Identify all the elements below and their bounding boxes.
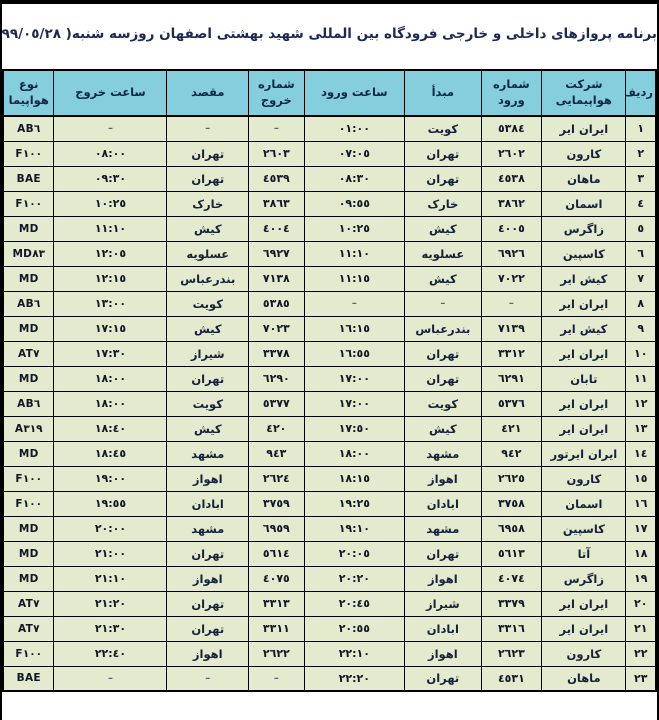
cell-arrival_time: ٠٨:٣٠	[304, 166, 405, 191]
cell-arrival_time: ٢٠:٠٥	[304, 541, 405, 566]
cell-arrival_time: –	[304, 291, 405, 316]
cell-arrival_time: ١٧:٥٠	[304, 416, 405, 441]
cell-row: ٦	[626, 241, 656, 266]
cell-departure_no: ٣٨٦٣	[249, 191, 305, 216]
table-row: ١٥کارون٢٦٢٥اهواز١٨:١٥٢٦٢٤اهواز١٩:٠٠F١٠٠	[3, 466, 656, 491]
cell-airline: ماهان	[542, 666, 626, 691]
cell-airline: تابان	[542, 366, 626, 391]
cell-departure_no: ٢٦٠٣	[249, 141, 305, 166]
table-row: ١١تابان٦٢٩١تهران١٧:٠٠٦٢٩٠تهران١٨:٠٠MD	[3, 366, 656, 391]
table-row: ١٠ایران ایر٣٣١٢تهران١٦:٥٥٣٣٧٨شیراز١٧:٣٠A…	[3, 341, 656, 366]
cell-departure_no: ٤٢٠	[249, 416, 305, 441]
cell-departure_no: –	[249, 666, 305, 691]
cell-departure_no: ٦٩٥٩	[249, 516, 305, 541]
cell-row: ١٧	[626, 516, 656, 541]
cell-airline: ایران ایر	[542, 416, 626, 441]
table-row: ٩کیش ایر٧١٣٩بندرعباس١٦:١٥٧٠٢٣کیش١٧:١٥MD	[3, 316, 656, 341]
table-row: ٢٣ماهان٤٥٣١تهران٢٢:٢٠–––BAE	[3, 666, 656, 691]
cell-arrival_time: ٢٢:١٠	[304, 641, 405, 666]
cell-origin: خارک	[405, 191, 481, 216]
cell-destination: اهواز	[167, 641, 249, 666]
flight-schedule-page: برنامه پروازهای داخلی و خارجی فرودگاه بی…	[0, 0, 659, 720]
cell-row: ٧	[626, 266, 656, 291]
cell-arrival_time: ١٧:٠٠	[304, 366, 405, 391]
cell-arrival_time: ٠١:٠٠	[304, 116, 405, 141]
cell-origin: اهواز	[405, 566, 481, 591]
cell-departure_no: ٩٤٣	[249, 441, 305, 466]
cell-aircraft: MD	[3, 541, 54, 566]
table-row: ٧کیش ایر٧٠٢٢کیش١١:١٥٧١٣٨بندرعباس١٢:١٥MD	[3, 266, 656, 291]
cell-arrival_no: ٦٢٩١	[481, 366, 542, 391]
cell-destination: تهران	[167, 366, 249, 391]
cell-airline: کیش ایر	[542, 266, 626, 291]
cell-departure_no: ٤٠٧٥	[249, 566, 305, 591]
cell-arrival_no: ٣٨٦٢	[481, 191, 542, 216]
cell-airline: اسمان	[542, 491, 626, 516]
column-header-row: ردیف	[626, 70, 656, 116]
cell-departure_time: ٢١:٣٠	[54, 616, 167, 641]
cell-aircraft: MD	[3, 366, 54, 391]
cell-departure_no: ٤٠٠٤	[249, 216, 305, 241]
cell-destination: کیش	[167, 316, 249, 341]
cell-arrival_time: ١١:١٠	[304, 241, 405, 266]
cell-aircraft: A٣١٩	[3, 416, 54, 441]
cell-departure_time: ١٨:٠٠	[54, 391, 167, 416]
table-row: ٣ماهان٤٥٣٨تهران٠٨:٣٠٤٥٣٩تهران٠٩:٣٠BAE	[3, 166, 656, 191]
cell-row: ٢٠	[626, 591, 656, 616]
cell-arrival_no: ٧١٣٩	[481, 316, 542, 341]
cell-origin: تهران	[405, 166, 481, 191]
cell-departure_time: ١٠:٢٥	[54, 191, 167, 216]
cell-origin: ابادان	[405, 616, 481, 641]
column-header-aircraft: نوع هواپیما	[3, 70, 54, 116]
column-header-airline: شرکت هواپیمایی	[542, 70, 626, 116]
cell-destination: بندرعباس	[167, 266, 249, 291]
cell-origin: مشهد	[405, 441, 481, 466]
cell-aircraft: F١٠٠	[3, 491, 54, 516]
column-header-destination: مقصد	[167, 70, 249, 116]
cell-airline: ایران ایر	[542, 391, 626, 416]
cell-airline: آتا	[542, 541, 626, 566]
table-body: ١ایران ایر٥٣٨٤کویت٠١:٠٠–––AB٦٢کارون٢٦٠٢ت…	[3, 116, 656, 691]
cell-aircraft: AB٦	[3, 116, 54, 141]
cell-departure_time: ٢٢:٤٠	[54, 641, 167, 666]
cell-row: ١٣	[626, 416, 656, 441]
cell-arrival_time: ٢٠:٥٥	[304, 616, 405, 641]
cell-arrival_time: ٢٠:٤٥	[304, 591, 405, 616]
cell-arrival_time: ١٦:١٥	[304, 316, 405, 341]
cell-row: ١٥	[626, 466, 656, 491]
cell-departure_time: –	[54, 666, 167, 691]
table-row: ١٣ایران ایر٤٢١کیش١٧:٥٠٤٢٠کیش١٨:٤٠A٣١٩	[3, 416, 656, 441]
cell-departure_time: ١٨:٤٥	[54, 441, 167, 466]
flight-schedule-table: ردیفشرکت هواپیماییشماره ورودمبدأساعت ورو…	[2, 69, 657, 692]
table-row: ١٤ایران ایرتور٩٤٢مشهد١٨:٠٠٩٤٣مشهد١٨:٤٥MD	[3, 441, 656, 466]
cell-destination: اهواز	[167, 466, 249, 491]
cell-departure_no: ٥٣٧٧	[249, 391, 305, 416]
cell-row: ١١	[626, 366, 656, 391]
cell-departure_time: ١٨:٠٠	[54, 366, 167, 391]
cell-departure_no: ٣٣١١	[249, 616, 305, 641]
cell-departure_time: ١٧:٣٠	[54, 341, 167, 366]
table-header-row: ردیفشرکت هواپیماییشماره ورودمبدأساعت ورو…	[3, 70, 656, 116]
cell-aircraft: MD	[3, 441, 54, 466]
cell-aircraft: MD	[3, 566, 54, 591]
cell-destination: تهران	[167, 166, 249, 191]
cell-row: ٨	[626, 291, 656, 316]
cell-departure_no: ٦٩٢٧	[249, 241, 305, 266]
cell-arrival_no: ٤٥٣١	[481, 666, 542, 691]
cell-departure_no: ٢٦٢٢	[249, 641, 305, 666]
cell-arrival_no: ٥٣٨٤	[481, 116, 542, 141]
page-title: برنامه پروازهای داخلی و خارجی فرودگاه بی…	[2, 26, 657, 42]
cell-airline: ایران ایر	[542, 616, 626, 641]
column-header-arrival_time: ساعت ورود	[304, 70, 405, 116]
cell-aircraft: MD	[3, 216, 54, 241]
cell-arrival_no: ٣٣٧٩	[481, 591, 542, 616]
cell-arrival_no: ٤٠٧٤	[481, 566, 542, 591]
cell-departure_time: ٠٩:٣٠	[54, 166, 167, 191]
cell-airline: ایران ایر	[542, 591, 626, 616]
cell-arrival_no: ٤٥٣٨	[481, 166, 542, 191]
cell-origin: عسلویه	[405, 241, 481, 266]
cell-arrival_no: ٢٦٢٥	[481, 466, 542, 491]
cell-aircraft: MD	[3, 316, 54, 341]
cell-arrival_no: ٤٢١	[481, 416, 542, 441]
cell-origin: تهران	[405, 666, 481, 691]
cell-airline: ماهان	[542, 166, 626, 191]
cell-aircraft: F١٠٠	[3, 141, 54, 166]
cell-row: ٢١	[626, 616, 656, 641]
cell-origin: تهران	[405, 141, 481, 166]
cell-aircraft: F١٠٠	[3, 191, 54, 216]
cell-destination: مشهد	[167, 441, 249, 466]
cell-airline: کاسپین	[542, 241, 626, 266]
cell-row: ١	[626, 116, 656, 141]
cell-departure_time: –	[54, 116, 167, 141]
cell-arrival_no: ٣٧٥٨	[481, 491, 542, 516]
cell-aircraft: AB٦	[3, 391, 54, 416]
cell-destination: کویت	[167, 391, 249, 416]
cell-departure_time: ١٣:٠٠	[54, 291, 167, 316]
table-row: ٢١ایران ایر٣٣١٦ابادان٢٠:٥٥٣٣١١تهران٢١:٣٠…	[3, 616, 656, 641]
cell-aircraft: AT٧	[3, 591, 54, 616]
cell-destination: تهران	[167, 616, 249, 641]
cell-row: ٣	[626, 166, 656, 191]
cell-airline: کاسپین	[542, 516, 626, 541]
cell-arrival_no: ٢٦٠٢	[481, 141, 542, 166]
cell-arrival_no: ٣٣١٢	[481, 341, 542, 366]
cell-destination: کیش	[167, 216, 249, 241]
cell-arrival_no: ٤٠٠٥	[481, 216, 542, 241]
table-row: ٢کارون٢٦٠٢تهران٠٧:٠٥٢٦٠٣تهران٠٨:٠٠F١٠٠	[3, 141, 656, 166]
cell-aircraft: AT٧	[3, 616, 54, 641]
cell-departure_time: ١١:١٠	[54, 216, 167, 241]
cell-origin: اهواز	[405, 641, 481, 666]
cell-arrival_no: ٩٤٢	[481, 441, 542, 466]
cell-row: ٢٣	[626, 666, 656, 691]
cell-departure_time: ٢١:٠٠	[54, 541, 167, 566]
cell-destination: کویت	[167, 291, 249, 316]
cell-departure_time: ١٢:٠٥	[54, 241, 167, 266]
cell-airline: ایران ایرتور	[542, 441, 626, 466]
cell-row: ٤	[626, 191, 656, 216]
cell-aircraft: AT٧	[3, 341, 54, 366]
cell-departure_no: ٤٥٣٩	[249, 166, 305, 191]
cell-row: ١٠	[626, 341, 656, 366]
cell-departure_time: ٠٨:٠٠	[54, 141, 167, 166]
cell-origin: کیش	[405, 216, 481, 241]
cell-aircraft: MD٨٣	[3, 241, 54, 266]
cell-departure_time: ١٩:٥٥	[54, 491, 167, 516]
cell-row: ١٦	[626, 491, 656, 516]
cell-arrival_time: ٢٢:٢٠	[304, 666, 405, 691]
cell-airline: ایران ایر	[542, 291, 626, 316]
cell-row: ٥	[626, 216, 656, 241]
cell-departure_no: ٧١٣٨	[249, 266, 305, 291]
cell-arrival_time: ١١:١٥	[304, 266, 405, 291]
cell-origin: تهران	[405, 341, 481, 366]
cell-arrival_time: ١٩:٢٥	[304, 491, 405, 516]
cell-airline: کارون	[542, 466, 626, 491]
table-row: ٢٢کارون٢٦٢٣اهواز٢٢:١٠٢٦٢٢اهواز٢٢:٤٠F١٠٠	[3, 641, 656, 666]
cell-departure_time: ١٧:١٥	[54, 316, 167, 341]
cell-airline: ایران ایر	[542, 116, 626, 141]
cell-row: ٢٢	[626, 641, 656, 666]
cell-arrival_no: ٧٠٢٢	[481, 266, 542, 291]
cell-arrival_time: ٢٠:٢٠	[304, 566, 405, 591]
cell-destination: خارک	[167, 191, 249, 216]
cell-arrival_no: ٦٩٥٨	[481, 516, 542, 541]
cell-departure_no: ٥٣٨٥	[249, 291, 305, 316]
cell-origin: تهران	[405, 541, 481, 566]
cell-row: ١٩	[626, 566, 656, 591]
cell-arrival_time: ٠٧:٠٥	[304, 141, 405, 166]
cell-arrival_time: ١٨:٠٠	[304, 441, 405, 466]
cell-origin: تهران	[405, 366, 481, 391]
table-row: ١٦اسمان٣٧٥٨ابادان١٩:٢٥٣٧٥٩ابادان١٩:٥٥F١٠…	[3, 491, 656, 516]
cell-origin: اهواز	[405, 466, 481, 491]
cell-arrival_time: ١٠:٢٥	[304, 216, 405, 241]
cell-departure_no: –	[249, 116, 305, 141]
cell-row: ٢	[626, 141, 656, 166]
cell-departure_no: ٥٦١٤	[249, 541, 305, 566]
cell-row: ١٢	[626, 391, 656, 416]
cell-arrival_time: ٠٩:٥٥	[304, 191, 405, 216]
cell-arrival_time: ١٧:٠٠	[304, 391, 405, 416]
cell-destination: –	[167, 666, 249, 691]
cell-departure_time: ٢١:١٠	[54, 566, 167, 591]
cell-departure_no: ٣٧٥٩	[249, 491, 305, 516]
table-row: ٨ایران ایر–––٥٣٨٥کویت١٣:٠٠AB٦	[3, 291, 656, 316]
cell-destination: ابادان	[167, 491, 249, 516]
cell-origin: کیش	[405, 266, 481, 291]
table-row: ٦کاسپین٦٩٢٦عسلویه١١:١٠٦٩٢٧عسلویه١٢:٠٥MD٨…	[3, 241, 656, 266]
cell-row: ١٤	[626, 441, 656, 466]
cell-origin: مشهد	[405, 516, 481, 541]
table-row: ١٨آتا٥٦١٣تهران٢٠:٠٥٥٦١٤تهران٢١:٠٠MD	[3, 541, 656, 566]
cell-destination: عسلویه	[167, 241, 249, 266]
table-row: ١٩زاگرس٤٠٧٤اهواز٢٠:٢٠٤٠٧٥اهواز٢١:١٠MD	[3, 566, 656, 591]
cell-departure_no: ٦٢٩٠	[249, 366, 305, 391]
cell-aircraft: AB٦	[3, 291, 54, 316]
column-header-departure_time: ساعت خروج	[54, 70, 167, 116]
cell-origin: کیش	[405, 416, 481, 441]
cell-destination: اهواز	[167, 566, 249, 591]
table-row: ١٧کاسپین٦٩٥٨مشهد١٩:١٠٦٩٥٩مشهد٢٠:٠٠MD	[3, 516, 656, 541]
cell-aircraft: MD	[3, 516, 54, 541]
cell-row: ١٨	[626, 541, 656, 566]
table-row: ١٢ایران ایر٥٣٧٦کویت١٧:٠٠٥٣٧٧کویت١٨:٠٠AB٦	[3, 391, 656, 416]
cell-row: ٩	[626, 316, 656, 341]
cell-arrival_time: ١٨:١٥	[304, 466, 405, 491]
cell-aircraft: BAE	[3, 666, 54, 691]
cell-airline: کارون	[542, 141, 626, 166]
table-row: ١ایران ایر٥٣٨٤کویت٠١:٠٠–––AB٦	[3, 116, 656, 141]
cell-origin: –	[405, 291, 481, 316]
cell-airline: زاگرس	[542, 566, 626, 591]
cell-arrival_no: –	[481, 291, 542, 316]
cell-departure_no: ٧٠٢٣	[249, 316, 305, 341]
cell-origin: بندرعباس	[405, 316, 481, 341]
cell-airline: زاگرس	[542, 216, 626, 241]
cell-arrival_time: ١٩:١٠	[304, 516, 405, 541]
cell-destination: کیش	[167, 416, 249, 441]
cell-destination: مشهد	[167, 516, 249, 541]
cell-destination: شیراز	[167, 341, 249, 366]
cell-origin: شیراز	[405, 591, 481, 616]
cell-departure_time: ١٨:٤٠	[54, 416, 167, 441]
cell-arrival_no: ٦٩٢٦	[481, 241, 542, 266]
cell-arrival_no: ٥٣٧٦	[481, 391, 542, 416]
cell-arrival_no: ٥٦١٣	[481, 541, 542, 566]
cell-aircraft: BAE	[3, 166, 54, 191]
cell-departure_time: ١٩:٠٠	[54, 466, 167, 491]
cell-arrival_no: ٣٣١٦	[481, 616, 542, 641]
cell-arrival_time: ١٦:٥٥	[304, 341, 405, 366]
table-row: ٤اسمان٣٨٦٢خارک٠٩:٥٥٣٨٦٣خارک١٠:٢٥F١٠٠	[3, 191, 656, 216]
cell-aircraft: F١٠٠	[3, 641, 54, 666]
cell-destination: تهران	[167, 141, 249, 166]
table-row: ٢٠ایران ایر٣٣٧٩شیراز٢٠:٤٥٣٣١٣تهران٢١:٢٠A…	[3, 591, 656, 616]
table-row: ٥زاگرس٤٠٠٥کیش١٠:٢٥٤٠٠٤کیش١١:١٠MD	[3, 216, 656, 241]
cell-departure_time: ٢١:٢٠	[54, 591, 167, 616]
column-header-departure_no: شماره خروج	[249, 70, 305, 116]
cell-origin: ابادان	[405, 491, 481, 516]
cell-destination: تهران	[167, 541, 249, 566]
cell-departure_no: ٣٣٧٨	[249, 341, 305, 366]
cell-airline: کیش ایر	[542, 316, 626, 341]
cell-departure_time: ٢٠:٠٠	[54, 516, 167, 541]
column-header-origin: مبدأ	[405, 70, 481, 116]
cell-airline: ایران ایر	[542, 341, 626, 366]
cell-origin: کویت	[405, 391, 481, 416]
column-header-arrival_no: شماره ورود	[481, 70, 542, 116]
cell-destination: –	[167, 116, 249, 141]
cell-departure_no: ٣٣١٣	[249, 591, 305, 616]
cell-departure_time: ١٢:١٥	[54, 266, 167, 291]
cell-arrival_no: ٢٦٢٣	[481, 641, 542, 666]
cell-aircraft: F١٠٠	[3, 466, 54, 491]
cell-origin: کویت	[405, 116, 481, 141]
cell-airline: اسمان	[542, 191, 626, 216]
cell-departure_no: ٢٦٢٤	[249, 466, 305, 491]
cell-aircraft: MD	[3, 266, 54, 291]
cell-destination: تهران	[167, 591, 249, 616]
cell-airline: کارون	[542, 641, 626, 666]
